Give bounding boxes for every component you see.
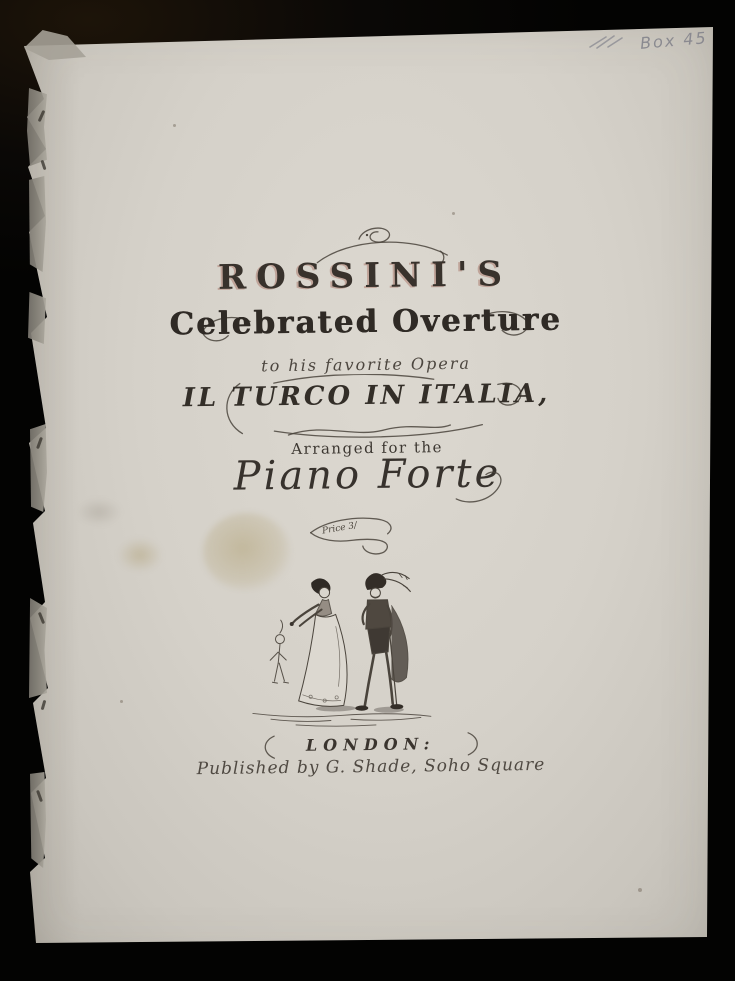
price-label: Price 3/ bbox=[320, 521, 358, 537]
title-vignette-illustration bbox=[239, 565, 437, 731]
price-ribbon: Price 3/ bbox=[302, 510, 403, 557]
instrument-tail-swash bbox=[452, 468, 508, 509]
page-title: ROSSINI'S bbox=[0, 252, 733, 301]
page-subtitle: Celebrated Overture bbox=[0, 300, 733, 345]
engraved-title-block: ROSSINI'S Celebrated Overture to his fav… bbox=[0, 0, 735, 981]
opera-title: IL TURCO IN ITALIA, bbox=[0, 377, 734, 416]
scanned-sheet-music-cover: Box 45 ROSSINI'S Celebrated Overture to … bbox=[0, 0, 735, 981]
instrument-line: Piano Forte bbox=[0, 448, 735, 503]
